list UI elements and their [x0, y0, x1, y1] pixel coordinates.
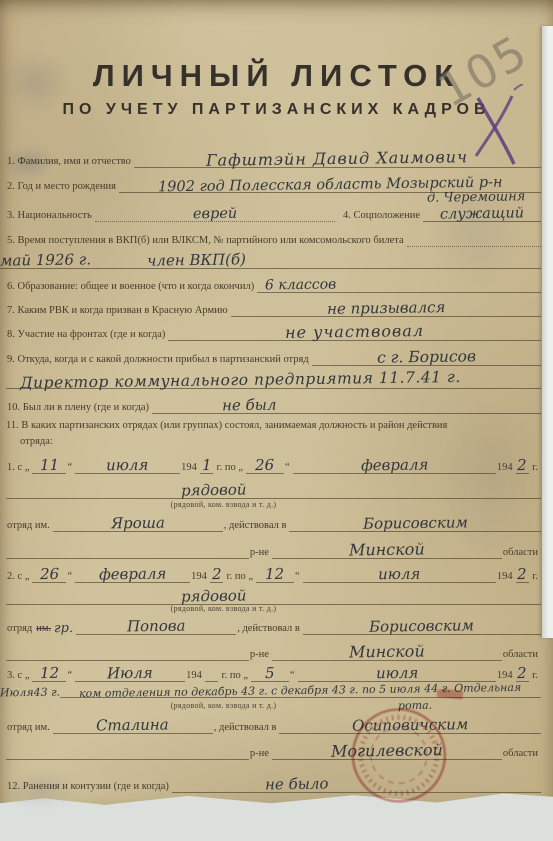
field-5-value-a: май 1926 г.	[0, 252, 91, 268]
entry-2-district-row: р-не Минской области	[6, 639, 541, 661]
field-1-row: 1. Фамилия, имя и отчество Гафштэйн Дави…	[6, 146, 541, 168]
field-10-value: не был	[222, 398, 277, 414]
entry-1-to-day-line: 26	[246, 458, 284, 474]
entry-3-margin-note: Июля43 г.	[0, 687, 60, 699]
field-10-line: не был	[152, 398, 541, 414]
entry-3-to-day: 5	[265, 666, 275, 681]
field-11-label-line1: 11. В каких партизанских отрядах (или гр…	[6, 415, 541, 431]
field-4-line: служащий	[423, 207, 541, 223]
field-10-row: 10. Был ли в плену (где и когда) не был	[6, 392, 541, 414]
entry-3-to-year-digit: 2	[517, 666, 527, 681]
entry-2-unit: Попова	[127, 619, 186, 635]
field-1-label: 1. Фамилия, имя и отчество	[6, 156, 134, 168]
entry-3-to-month-line: июля	[298, 666, 496, 682]
entry-2-from-year-line: 2	[210, 567, 223, 583]
field-12-value: не было	[265, 776, 329, 792]
entry-2-from-month-line: февраля	[75, 567, 190, 583]
entry-1-quote-2: “	[284, 462, 293, 474]
entry-3-unit-line: Сталина	[53, 718, 213, 734]
field-9-value-2: Директор коммунального предприятия 11.7.…	[20, 369, 461, 391]
entry-2-rank-hint-row: (рядовой, ком. взвода и т. д.)	[6, 602, 541, 613]
entry-2-to-day-line: 12	[256, 567, 294, 583]
entry-2-rank-hint: (рядовой, ком. взвода и т. д.)	[0, 604, 491, 613]
entry-2-quote-2: “	[294, 571, 303, 583]
field-9-line: с г. Борисов	[312, 350, 541, 367]
entry-1-from-month-line: июля	[75, 458, 180, 474]
field-1-value: Гафштэйн Давид Хаимович	[206, 149, 468, 169]
entry-2-from-day: 26	[40, 567, 59, 582]
field-6-value: 6 классов	[265, 278, 336, 293]
field-3-label: 3. Национальность	[6, 210, 95, 222]
entry-2-unit-row: отряд им. гр. Попова , действовал в Бори…	[6, 613, 541, 635]
entry-1-date-prefix: 1. с „	[6, 462, 32, 474]
entry-2-region-line: Борисовским	[303, 619, 541, 635]
entry-1-region-line: Борисовским	[289, 516, 541, 532]
entry-1-from-month: июля	[106, 458, 149, 474]
entry-1-to-year-digit: 2	[517, 458, 527, 473]
entry-3-district-label: р-не	[249, 748, 272, 760]
field-3-value: еврей	[193, 206, 237, 221]
entry-2-district-line: Минской	[272, 644, 502, 661]
field-7-row: 7. Каким РВК и когда призван в Красную А…	[6, 295, 541, 317]
entry-3-from-month: Июля	[107, 666, 153, 682]
entry-2-date-prefix: 2. с „	[6, 571, 32, 583]
field-9-value: с г. Борисов	[377, 349, 476, 366]
entry-1-to-month-line: февраля	[293, 458, 496, 474]
entry-1-to-month: февраля	[360, 458, 428, 474]
entry-1-acted-label: , действовал в	[223, 520, 290, 532]
field-8-row: 8. Участие на фронтах (где и когда) не у…	[6, 319, 541, 341]
field-6-row: 6. Образование: общее и военное (что и к…	[6, 271, 541, 293]
entry-1-to-year-line: 2	[516, 458, 529, 474]
field-10-label: 10. Был ли в плену (где и когда)	[6, 402, 152, 414]
entry-3-to-day-line: 5	[251, 666, 289, 682]
entry-2-region: Борисовским	[369, 618, 474, 634]
entry-2-unit-label: отряд	[6, 623, 35, 635]
entry-3-from-day-line: 12	[32, 666, 66, 682]
field-4-value: служащий	[440, 206, 524, 222]
entry-1-year-printed-1: 194	[180, 462, 200, 474]
field-12-label: 12. Ранения и контузии (где и когда)	[6, 781, 172, 793]
entry-2-to-month-line: июля	[303, 567, 496, 583]
entry-2-year-suffix: г.	[529, 571, 541, 583]
entry-1-district-label: р-не	[249, 547, 272, 559]
entry-3-to-month: июля	[376, 666, 419, 682]
entry-2-unit-prefix: гр.	[54, 622, 76, 635]
entry-3-to-year-line: 2	[516, 666, 529, 682]
entry-1-unit-row: отряд им. Яроша , действовал в Борисовск…	[6, 510, 541, 532]
field-9-label: 9. Откуда, когда и с какой должности при…	[6, 354, 312, 366]
entry-2-unit-line: Попова	[76, 619, 236, 635]
entry-1-district-line: Минской	[272, 542, 502, 559]
entry-1-to-day: 26	[255, 458, 274, 473]
field-4-label: 4. Соцположение	[335, 210, 423, 222]
entry-2-unit-label-struck: им.	[35, 623, 54, 635]
field-5-label: 5. Время поступления в ВКП(б) или ВЛКСМ,…	[6, 235, 407, 247]
entry-1-district: Минской	[349, 541, 425, 558]
field-9-value2-row: Директор коммунального предприятия 11.7.…	[6, 367, 541, 389]
entry-2-district: Минской	[349, 643, 425, 660]
entry-2-to-year-digit: 2	[517, 567, 527, 582]
field-11-text-2: отряда:	[20, 436, 53, 447]
entry-2-from-month: февраля	[99, 567, 167, 583]
entry-2-date-mid: г. по „	[223, 571, 256, 583]
entry-2-to-year-line: 2	[516, 567, 529, 583]
entry-1-district-lead-line	[6, 558, 249, 559]
entry-3-oblast-label: области	[502, 748, 541, 760]
entry-1-region: Борисовским	[363, 515, 468, 531]
field-8-line: не участвовал	[168, 324, 541, 341]
entry-1-oblast-label: области	[502, 547, 541, 559]
entry-3-date-row: 3. с „ 12 “ Июля 194 г. по „ 5 “ июля 19…	[6, 660, 541, 682]
field-7-line: не призывался	[231, 301, 541, 317]
field-5-value-line: май 1926 г.член ВКП(б)	[0, 253, 541, 269]
entry-3-unit-label: отряд им.	[6, 722, 53, 734]
entry-1-rank-row: рядовой	[6, 479, 541, 499]
entry-1-from-day: 11	[40, 458, 59, 473]
entry-1-date-mid: г. по „	[213, 462, 246, 474]
entry-3-acted-label: , действовал в	[213, 722, 280, 734]
entry-1-unit-label: отряд им.	[6, 520, 53, 532]
field-5-row: 5. Время поступления в ВКП(б) или ВЛКСМ,…	[6, 227, 541, 247]
field-5-value-row: май 1926 г.член ВКП(б)	[0, 247, 541, 269]
entry-1-from-day-line: 11	[32, 458, 66, 474]
entry-2-year-printed-1: 194	[190, 571, 210, 583]
entry-2-year-printed-2: 194	[496, 571, 516, 583]
scan-edge	[542, 26, 553, 638]
entry-2-to-day: 12	[265, 567, 284, 582]
field-12-line: не было	[172, 777, 541, 793]
field-6-line: 6 классов	[257, 278, 541, 293]
entry-3-unit: Сталина	[96, 717, 169, 733]
entry-3-from-day: 12	[40, 666, 59, 681]
entry-3-district-lead-line	[6, 759, 249, 760]
entry-1-district-row: р-не Минской области	[6, 537, 541, 559]
field-11-text-1: 11. В каких партизанских отрядах (или гр…	[6, 420, 447, 431]
field-11-label-line2: отряда:	[20, 431, 541, 447]
field-8-value: не участвовал	[285, 323, 424, 341]
entry-2-from-year-digit: 2	[211, 567, 221, 582]
field-1-line: Гафштэйн Давид Хаимович	[134, 151, 541, 168]
entry-1-rank-line: рядовой	[6, 483, 541, 499]
scanned-document: ЛИЧНЫЙ ЛИСТОК ПО УЧЕТУ ПАРТИЗАНСКИХ КАДР…	[0, 0, 553, 841]
field-9-row: 9. Откуда, когда и с какой должности при…	[6, 344, 541, 366]
entry-1-from-year-line: 1	[200, 458, 213, 474]
field-5-value-b: член ВКП(б)	[147, 252, 246, 268]
entry-1-unit: Яроша	[111, 516, 165, 532]
entry-2-quote: “	[66, 571, 75, 583]
entry-2-to-month: июля	[378, 567, 421, 583]
field-7-value: не призывался	[326, 300, 445, 317]
entry-1-date-row: 1. с „ 11 “ июля 194 1 г. по „ 26 “ февр…	[6, 452, 541, 474]
entry-2-date-row: 2. с „ 26 “ февраля 194 2 г. по „ 12 “ и…	[6, 561, 541, 583]
entry-1-rank-hint-row: (рядовой, ком. взвода и т. д.)	[6, 498, 541, 509]
entry-1-rank-hint: (рядовой, ком. взвода и т. д.)	[0, 500, 491, 509]
field-9-value2-line: Директор коммунального предприятия 11.7.…	[6, 373, 541, 390]
entry-2-acted-label: , действовал в	[236, 623, 303, 635]
entry-1-rank: рядовой	[181, 482, 247, 498]
field-12-row: 12. Ранения и контузии (где и когда) не …	[6, 771, 541, 793]
field-3-line: еврей	[95, 207, 335, 223]
entry-1-from-year-digit: 1	[201, 458, 211, 473]
entry-1-year-suffix: г.	[529, 462, 541, 474]
entry-3-from-month-line: Июля	[75, 666, 185, 682]
field-3-4-row: 3. Национальность еврей 4. Соцположение …	[6, 200, 541, 222]
field-6-label: 6. Образование: общее и военное (что и к…	[6, 281, 257, 293]
entry-1-quote: “	[66, 462, 75, 474]
field-7-label: 7. Каким РВК и когда призван в Красную А…	[6, 305, 231, 317]
field-8-label: 8. Участие на фронтах (где и когда)	[6, 329, 168, 341]
entry-1-year-printed-2: 194	[496, 462, 516, 474]
entry-1-unit-line: Яроша	[53, 516, 223, 532]
entry-2-from-day-line: 26	[32, 567, 66, 583]
